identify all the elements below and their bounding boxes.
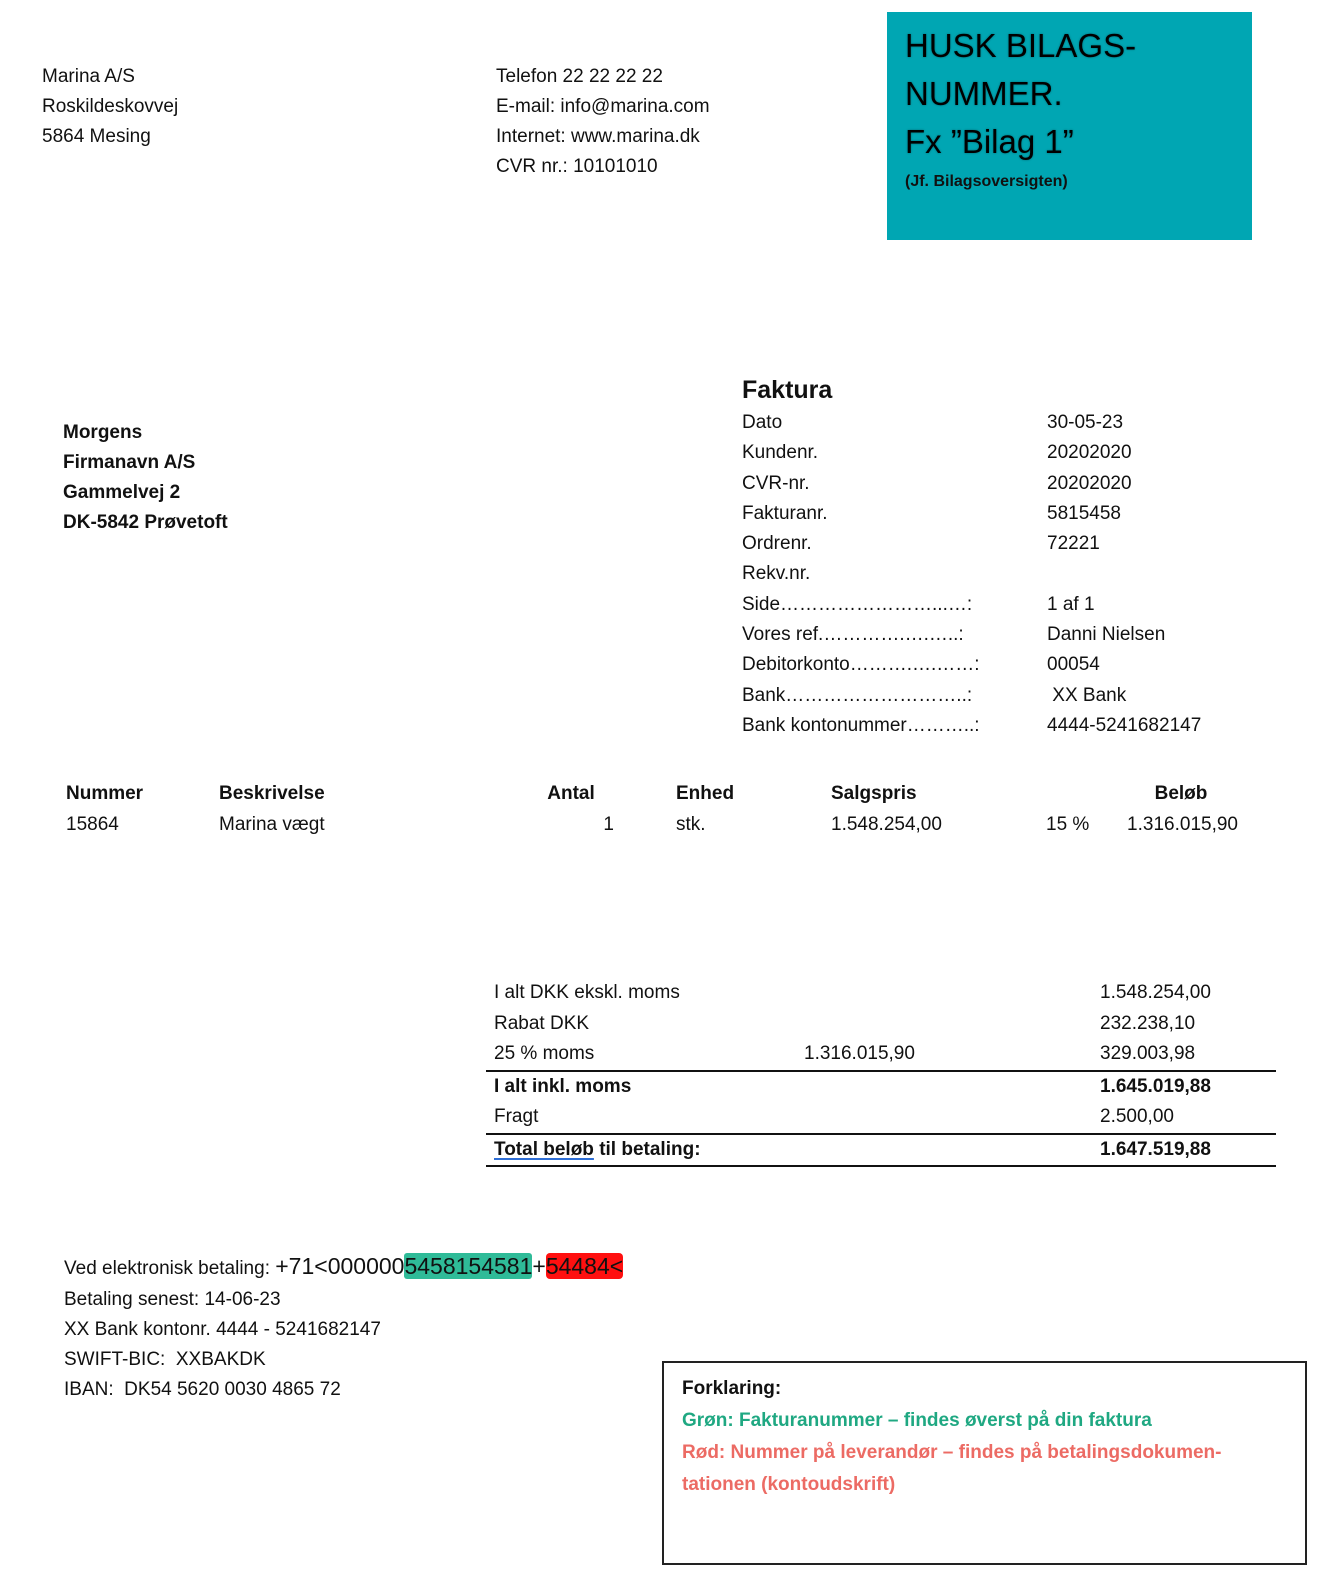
grand-total-label-underlined: Total beløb: [494, 1139, 594, 1160]
grand-total-label: Total beløb til betaling:: [494, 1135, 701, 1166]
meta-row: Bank………………………..: XX Bank: [742, 681, 1201, 711]
totals-value: 2.500,00: [1100, 1102, 1174, 1133]
contact-cvr: CVR nr.: 10101010: [496, 152, 710, 182]
explanation-box: Forklaring: Grøn: Fakturanummer – findes…: [662, 1361, 1307, 1565]
payment-iban: IBAN: DK54 5620 0030 4865 72: [64, 1375, 623, 1405]
meta-label: Ordrenr.: [742, 529, 1047, 559]
totals-label: I alt inkl. moms: [494, 1072, 631, 1103]
totals-row-incl-vat: I alt inkl. moms 1.645.019,88: [486, 1070, 1276, 1103]
meta-value: 72221: [1047, 529, 1100, 559]
recipient-name: Morgens: [63, 418, 228, 448]
totals-label: Rabat DKK: [494, 1009, 589, 1040]
legend-green-text: Grøn: Fakturanummer – findes øverst på d…: [682, 1405, 1305, 1437]
meta-label: Vores ref.………….….…..:: [742, 620, 1047, 650]
header-price: Salgspris: [831, 778, 917, 809]
meta-label: Fakturanr.: [742, 499, 1047, 529]
meta-row: Vores ref.………….….…..:Danni Nielsen: [742, 620, 1201, 650]
payment-due: Betaling senest: 14-06-23: [64, 1285, 623, 1315]
grand-total-label-rest: til betaling:: [594, 1139, 701, 1160]
totals-row: Rabat DKK 232.238,10: [486, 1009, 1276, 1040]
totals-label: Fragt: [494, 1102, 538, 1133]
item-number: 15864: [66, 809, 119, 840]
meta-label: Side……………………...…:: [742, 590, 1047, 620]
recipient-company: Firmanavn A/S: [63, 448, 228, 478]
meta-row: Debitorkonto……….….……:00054: [742, 650, 1201, 680]
contact-phone: Telefon 22 22 22 22: [496, 62, 710, 92]
meta-row: Side……………………...…:1 af 1: [742, 590, 1201, 620]
payment-bank-account: XX Bank kontonr. 4444 - 5241682147: [64, 1315, 623, 1345]
payment-ref-separator: +: [532, 1253, 545, 1279]
totals-label: I alt DKK ekskl. moms: [494, 978, 680, 1009]
meta-row: Ordrenr.72221: [742, 529, 1201, 559]
payment-ref-supplier-number: 54484<: [546, 1253, 623, 1279]
sender-contact: Telefon 22 22 22 22 E-mail: info@marina.…: [496, 62, 710, 182]
recipient-street: Gammelvej 2: [63, 478, 228, 508]
voucher-reminder-box: HUSK BILAGS- NUMMER. Fx ”Bilag 1” (Jf. B…: [887, 12, 1252, 240]
header-quantity: Antal: [521, 778, 621, 809]
legend-red-text: Rød: Nummer på leverandør – findes på be…: [682, 1437, 1282, 1501]
sender-city: 5864 Mesing: [42, 122, 178, 152]
meta-label: Bank kontonummer………..:: [742, 711, 1047, 741]
totals-value: 232.238,10: [1100, 1009, 1195, 1040]
payment-info: Ved elektronisk betaling: +71<0000005458…: [64, 1250, 623, 1405]
totals-row: Fragt 2.500,00: [486, 1102, 1276, 1133]
meta-value: 5815458: [1047, 499, 1121, 529]
reminder-line-2: NUMMER.: [905, 70, 1252, 118]
meta-row: Bank kontonummer………..:4444-5241682147: [742, 711, 1201, 741]
meta-value: 20202020: [1047, 469, 1132, 499]
totals-row: 25 % moms 1.316.015,90 329.003,98: [486, 1039, 1276, 1070]
header-amount: Beløb: [1121, 778, 1241, 809]
recipient-address: Morgens Firmanavn A/S Gammelvej 2 DK-584…: [63, 418, 228, 538]
electronic-payment-label: Ved elektronisk betaling:: [64, 1258, 275, 1279]
meta-label: Debitorkonto……….….……:: [742, 650, 1047, 680]
meta-row: Kundenr.20202020: [742, 438, 1201, 468]
meta-label: CVR-nr.: [742, 469, 1047, 499]
meta-label: Kundenr.: [742, 438, 1047, 468]
meta-value: 00054: [1047, 650, 1100, 680]
payment-swift: SWIFT-BIC: XXBAKDK: [64, 1345, 623, 1375]
item-description: Marina vægt: [219, 809, 325, 840]
invoice-meta: Dato30-05-23 Kundenr.20202020 CVR-nr.202…: [742, 408, 1201, 741]
totals-value: 1.548.254,00: [1100, 978, 1211, 1009]
table-header-row: Nummer Beskrivelse Antal Enhed Salgspris…: [66, 778, 1266, 809]
meta-value: 1 af 1: [1047, 590, 1095, 620]
payment-ref-prefix: +71<000000: [275, 1253, 404, 1279]
meta-value: 20202020: [1047, 438, 1132, 468]
item-price: 1.548.254,00: [831, 809, 942, 840]
item-amount: 1.316.015,90: [1126, 809, 1238, 840]
table-row: 15864 Marina vægt 1 stk. 1.548.254,00 15…: [66, 809, 1266, 840]
item-quantity: 1: [506, 809, 614, 840]
meta-label: Dato: [742, 408, 1047, 438]
item-discount: 15 %: [1046, 809, 1089, 840]
sender-street: Roskildeskovvej: [42, 92, 178, 122]
line-items-table: Nummer Beskrivelse Antal Enhed Salgspris…: [66, 778, 1266, 840]
meta-row: Rekv.nr.: [742, 559, 1201, 589]
item-unit: stk.: [676, 809, 706, 840]
electronic-payment-line: Ved elektronisk betaling: +71<0000005458…: [64, 1250, 623, 1285]
sender-address: Marina A/S Roskildeskovvej 5864 Mesing: [42, 62, 178, 152]
totals-row: I alt DKK ekskl. moms 1.548.254,00: [486, 978, 1276, 1009]
reminder-line-3: Fx ”Bilag 1”: [905, 118, 1252, 166]
meta-label: Rekv.nr.: [742, 559, 1047, 589]
header-unit: Enhed: [676, 778, 734, 809]
header-number: Nummer: [66, 778, 143, 809]
totals-basis: 1.316.015,90: [804, 1039, 915, 1070]
recipient-city: DK-5842 Prøvetoft: [63, 508, 228, 538]
meta-value: 4444-5241682147: [1047, 711, 1201, 741]
reminder-note: (Jf. Bilagsoversigten): [905, 168, 1252, 196]
meta-value: Danni Nielsen: [1047, 620, 1165, 650]
invoice-title: Faktura: [742, 372, 832, 408]
sender-name: Marina A/S: [42, 62, 178, 92]
grand-total-value: 1.647.519,88: [1100, 1135, 1211, 1166]
reminder-line-1: HUSK BILAGS-: [905, 22, 1252, 70]
header-description: Beskrivelse: [219, 778, 325, 809]
grand-total-row: Total beløb til betaling: 1.647.519,88: [486, 1133, 1276, 1168]
legend-title: Forklaring:: [682, 1373, 1305, 1405]
meta-label: Bank………………………..:: [742, 681, 1047, 711]
meta-row: Dato30-05-23: [742, 408, 1201, 438]
totals-label: 25 % moms: [494, 1039, 594, 1070]
meta-row: Fakturanr.5815458: [742, 499, 1201, 529]
meta-value: 30-05-23: [1047, 408, 1123, 438]
totals-value: 1.645.019,88: [1100, 1072, 1211, 1103]
meta-value: XX Bank: [1047, 681, 1126, 711]
totals-value: 329.003,98: [1100, 1039, 1195, 1070]
contact-email: E-mail: info@marina.com: [496, 92, 710, 122]
totals-table: I alt DKK ekskl. moms 1.548.254,00 Rabat…: [486, 978, 1276, 1167]
meta-row: CVR-nr.20202020: [742, 469, 1201, 499]
contact-web: Internet: www.marina.dk: [496, 122, 710, 152]
payment-ref-invoice-number: 5458154581: [404, 1253, 532, 1279]
